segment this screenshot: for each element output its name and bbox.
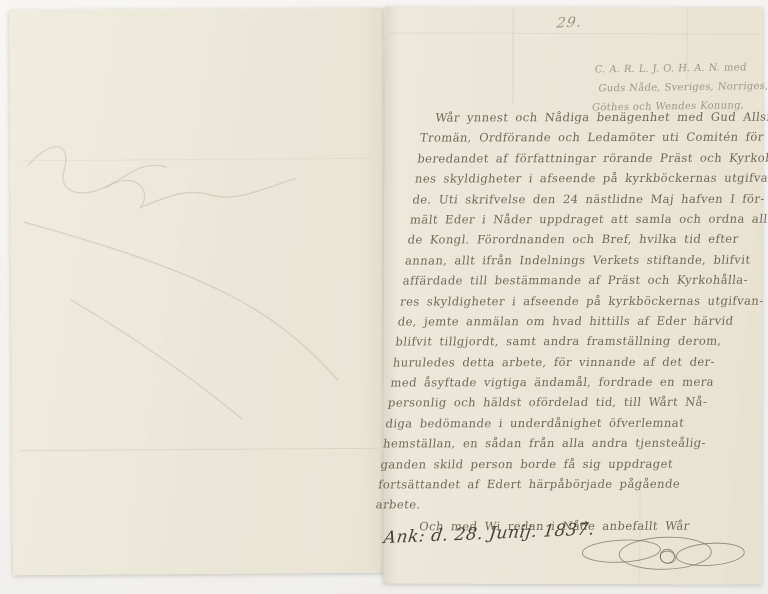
body-line: Tromän, Ordförande och Ledamöter uti Com…: [419, 127, 768, 148]
body-line: annan, allt ifrån Indelnings Verkets sti…: [404, 249, 768, 270]
photo-scene: 29. C. A. R. L. J. O. H. A. N. med Guds …: [0, 0, 768, 594]
body-line: hemställan, en sådan från alla andra tje…: [382, 433, 747, 454]
body-line: de, jemte anmälan om hvad hittills af Ed…: [397, 310, 762, 331]
heading-line: C. A. R. L. J. O. H. A. N. med: [594, 58, 765, 79]
paraph-flourish-icon: [579, 527, 747, 579]
ink-bleed-ghost-icon: [9, 8, 387, 576]
body-line: med åsyftade vigtiga ändamål, fordrade e…: [389, 372, 754, 393]
body-line: personlig och häldst ofördelad tid, till…: [387, 392, 752, 413]
body-line: huruledes detta arbete, för vinnande af …: [392, 351, 757, 372]
body-line: affärdade till bestämmande af Präst och …: [402, 270, 767, 291]
body-line: Wår ynnest och Nådiga benägenhet med Gud…: [421, 107, 768, 128]
body-line: blifvit tillgjordt, samt andra framställ…: [394, 331, 759, 352]
fold-crease: [389, 33, 759, 35]
blank-verso-page: [9, 8, 387, 576]
body-line: res skyldigheter i afseende på kyrkböcke…: [399, 290, 764, 311]
body-line: arbete.: [375, 494, 740, 515]
body-line: diga bedömande i underdånighet öfverlemn…: [384, 412, 749, 433]
letter-page: 29. C. A. R. L. J. O. H. A. N. med Guds …: [383, 7, 763, 585]
letter-body: Wår ynnest och Nådiga benägenhet med Gud…: [372, 107, 768, 537]
body-line: beredandet af författningar rörande Präs…: [416, 147, 768, 168]
fold-crease: [512, 9, 513, 105]
body-line: nes skyldigheter i afseende på kyrkböcke…: [414, 168, 768, 189]
page-number: 29.: [556, 14, 583, 31]
body-line: fortsättandet af Edert härpåbörjade pågå…: [377, 474, 742, 495]
body-line: de. Uti skrifvelse den 24 nästlidne Maj …: [411, 188, 768, 209]
body-line: mält Eder i Nåder uppdraget att samla oc…: [409, 209, 768, 230]
body-line: de Kongl. Förordnanden och Bref, hvilka …: [406, 229, 768, 250]
body-line: ganden skild person borde få sig uppdrag…: [379, 453, 744, 474]
heading-line: Guds Nåde, Sveriges, Norriges,: [597, 77, 762, 98]
